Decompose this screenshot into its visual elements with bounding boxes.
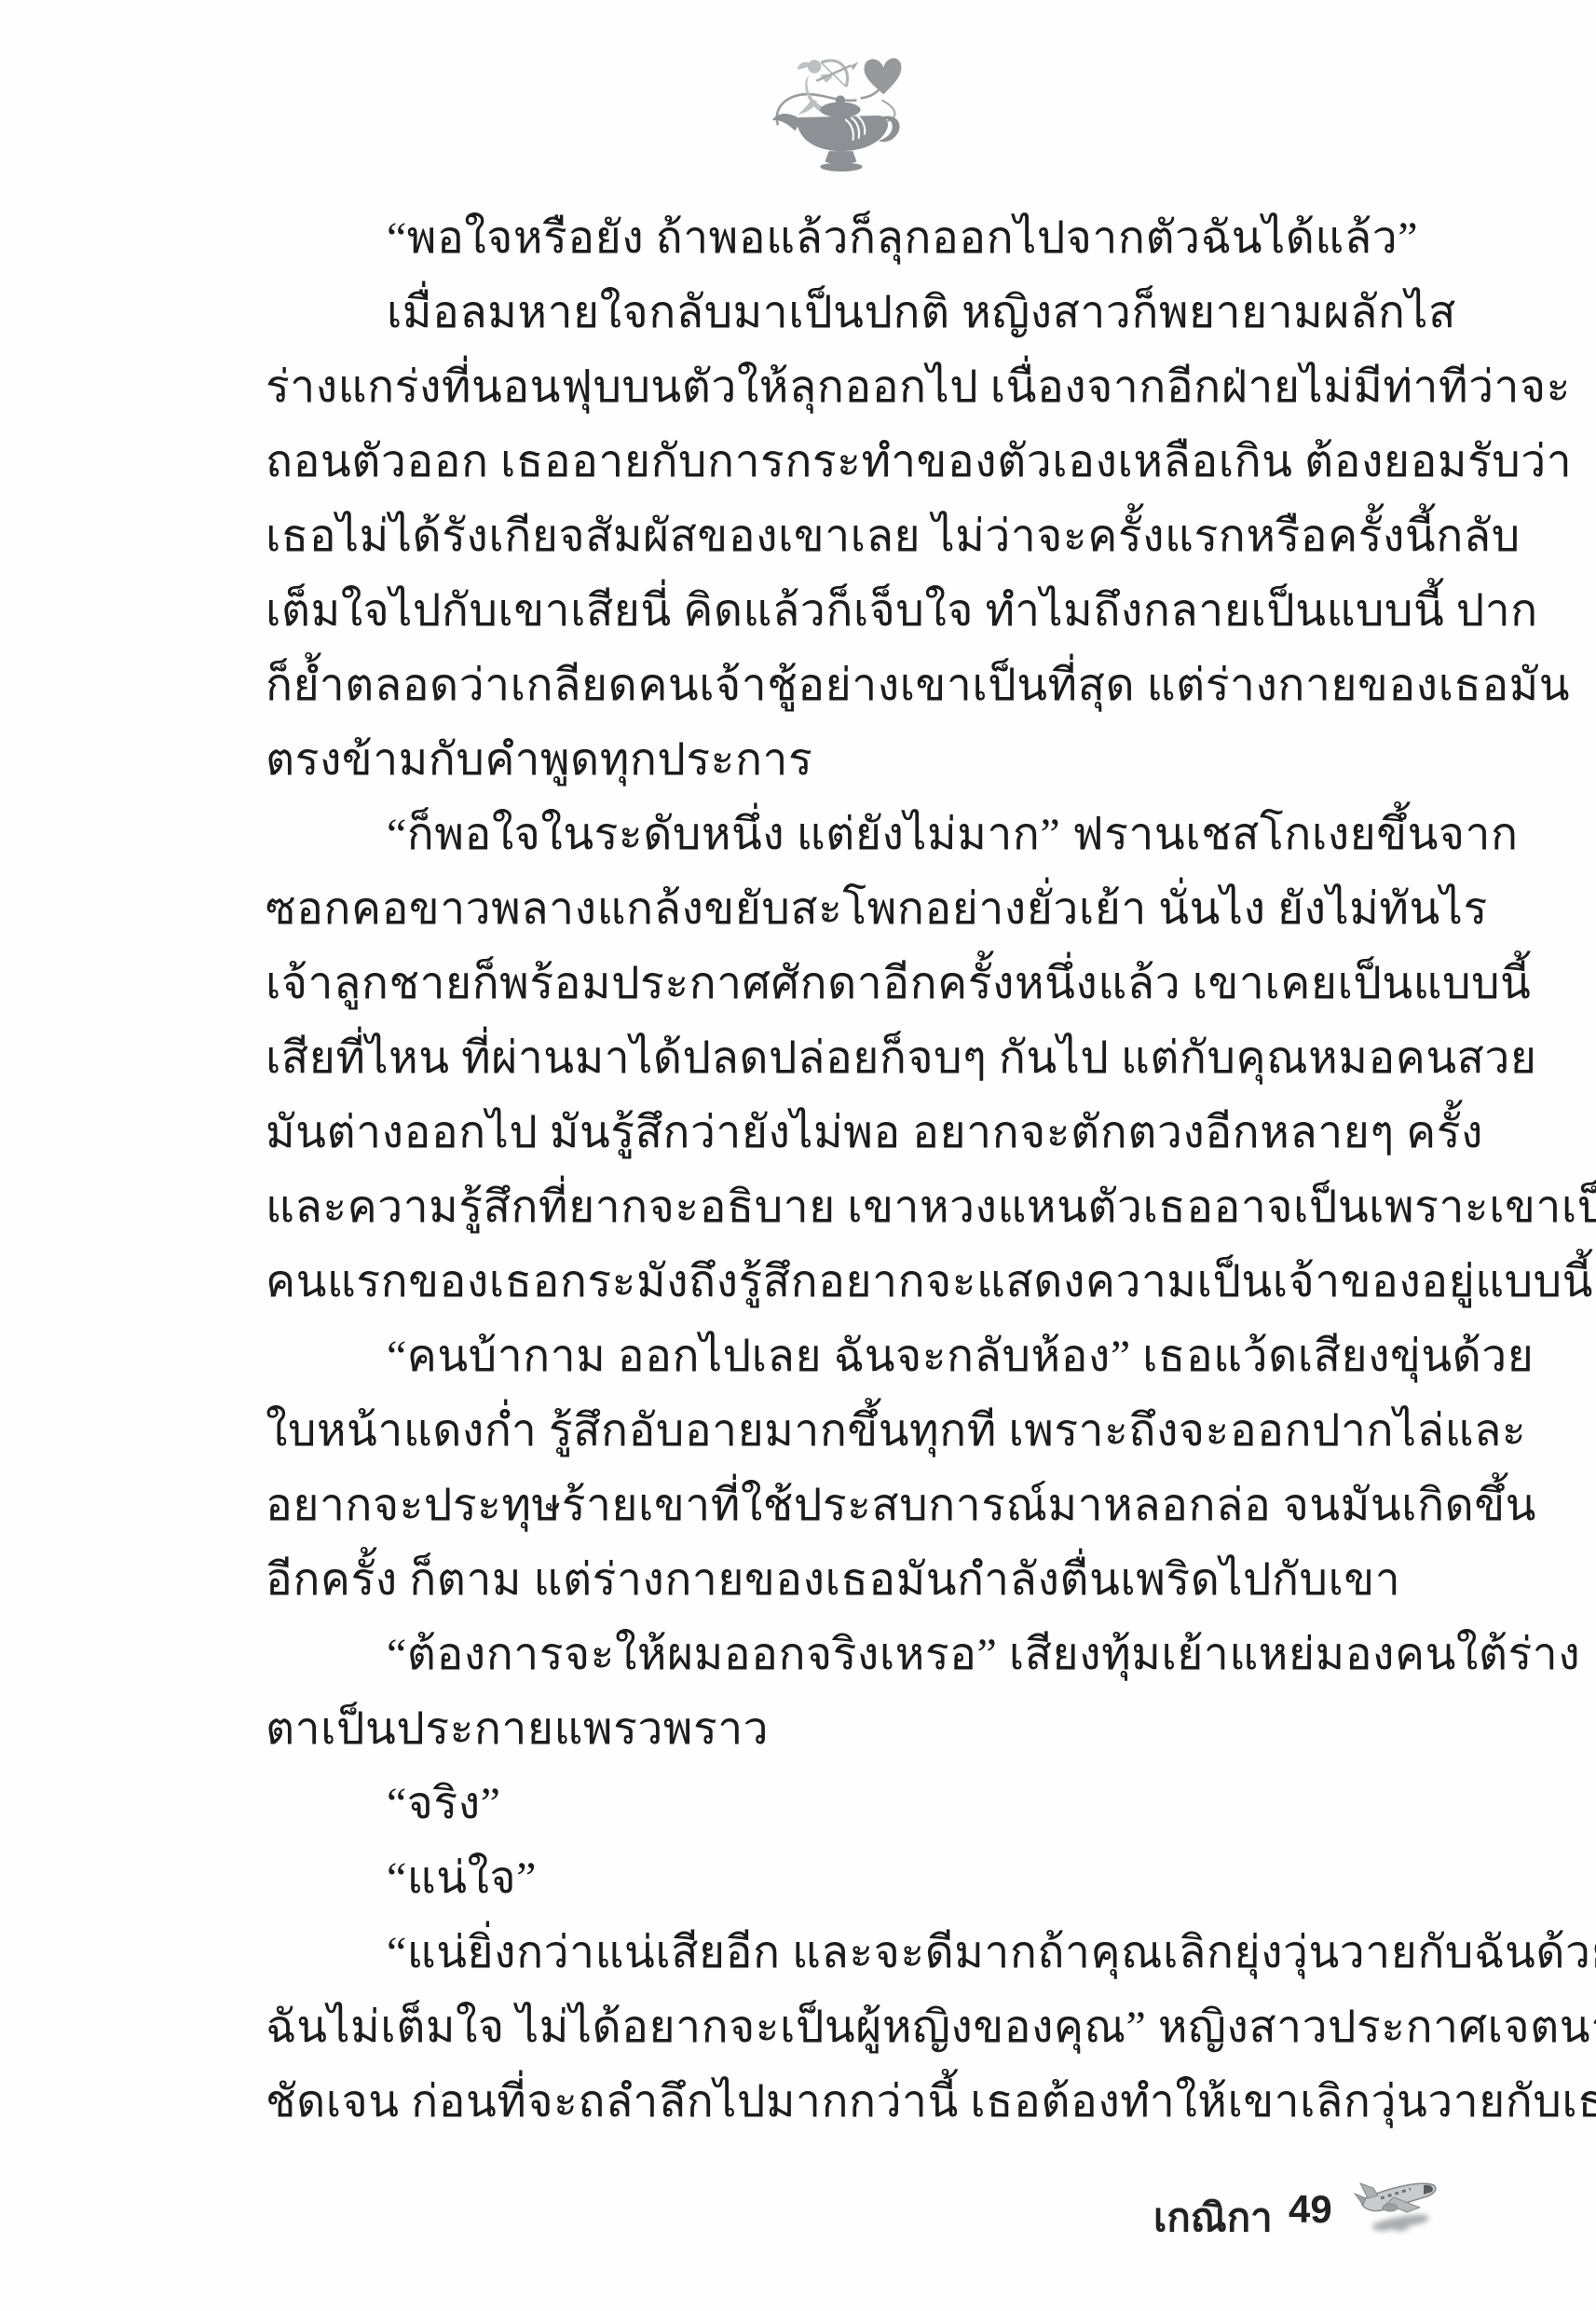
text-line: “แน่ใจ” xyxy=(266,1841,1432,1916)
text-line: เธอไม่ได้รังเกียจสัมผัสของเขาเลย ไม่ว่าจ… xyxy=(266,499,1432,574)
text-line: อีกครั้ง ก็ตาม แต่ร่างกายของเธอมันกำลังต… xyxy=(266,1543,1432,1618)
airplane-shadow xyxy=(1372,2215,1429,2232)
text-line: ร่างแกร่งที่นอนฟุบบนตัวให้ลุกออกไป เนื่อ… xyxy=(266,350,1432,425)
cupid-genie-lamp-ornament xyxy=(768,54,917,179)
text-line: อยากจะประทุษร้ายเขาที่ใช้ประสบการณ์มาหลอ… xyxy=(266,1469,1432,1543)
text-line: ก็ย้ำตลอดว่าเกลียดคนเจ้าชู้อย่างเขาเป็นท… xyxy=(266,649,1432,723)
airplane-icon xyxy=(1353,2167,1446,2243)
body-text: “พอใจหรือยัง ถ้าพอแล้วก็ลุกออกไปจากตัวฉั… xyxy=(266,201,1432,2140)
text-line: เจ้าลูกชายก็พร้อมประกาศศักดาอีกครั้งหนึ่… xyxy=(266,947,1432,1021)
page-number: 49 xyxy=(1289,2187,1332,2232)
text-line: เต็มใจไปกับเขาเสียนี่ คิดแล้วก็เจ็บใจ ทำ… xyxy=(266,574,1432,649)
text-line: “จริง” xyxy=(266,1767,1432,1841)
book-title: เกณิกา xyxy=(1153,2187,1273,2249)
text-line: “คนบ้ากาม ออกไปเลย ฉันจะกลับห้อง” เธอแว้… xyxy=(266,1320,1432,1394)
text-line: ชัดเจน ก่อนที่จะถลำลึกไปมากกว่านี้ เธอต้… xyxy=(266,2065,1432,2140)
text-line: “พอใจหรือยัง ถ้าพอแล้วก็ลุกออกไปจากตัวฉั… xyxy=(266,201,1432,276)
arrow-head xyxy=(851,62,858,70)
text-line: “ต้องการจะให้ผมออกจริงเหรอ” เสียงทุ้มเย้… xyxy=(266,1618,1432,1692)
text-line: ใบหน้าแดงก่ำ รู้สึกอับอายมากขึ้นทุกที เพ… xyxy=(266,1394,1432,1469)
text-line: “แน่ยิ่งกว่าแน่เสียอีก และจะดีมากถ้าคุณเ… xyxy=(266,1916,1432,1990)
text-line: “ก็พอใจในระดับหนึ่ง แต่ยังไม่มาก” ฟรานเช… xyxy=(266,798,1432,872)
genie-lamp-icon xyxy=(772,95,900,171)
text-line: มันต่างออกไป มันรู้สึกว่ายังไม่พอ อยากจะ… xyxy=(266,1096,1432,1170)
book-page: “พอใจหรือยัง ถ้าพอแล้วก็ลุกออกไปจากตัวฉั… xyxy=(0,0,1596,2311)
text-line: ตรงข้ามกับคำพูดทุกประการ xyxy=(266,723,1432,798)
airplane-body xyxy=(1355,2183,1436,2212)
text-line: คนแรกของเธอกระมังถึงรู้สึกอยากจะแสดงความ… xyxy=(266,1245,1432,1320)
text-line: ถอนตัวออก เธออายกับการกระทำของตัวเองเหลื… xyxy=(266,425,1432,499)
page-footer: เกณิกา 49 xyxy=(1099,2167,1491,2255)
text-line: ซอกคอขาวพลางแกล้งขยับสะโพกอย่างยั่วเย้า … xyxy=(266,872,1432,947)
text-line: เสียที่ไหน ที่ผ่านมาได้ปลดปล่อยก็จบๆ กัน… xyxy=(266,1021,1432,1096)
text-line: และความรู้สึกที่ยากจะอธิบาย เขาหวงแหนตัว… xyxy=(266,1170,1432,1245)
text-line: ฉันไม่เต็มใจ ไม่ได้อยากจะเป็นผู้หญิงของค… xyxy=(266,1990,1432,2065)
heart-icon xyxy=(864,58,901,94)
text-line: ตาเป็นประกายแพรวพราว xyxy=(266,1692,1432,1767)
text-line: เมื่อลมหายใจกลับมาเป็นปกติ หญิงสาวก็พยาย… xyxy=(266,276,1432,350)
